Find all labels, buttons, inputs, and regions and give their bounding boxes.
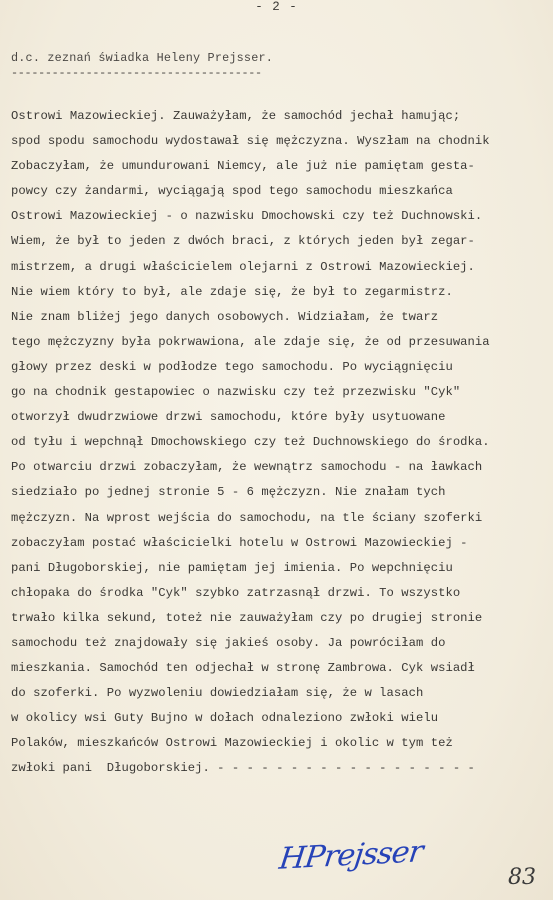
text-line: Wiem, że był to jeden z dwóch braci, z k… [11,229,551,254]
text-line: mieszkania. Samochód ten odjechał w stro… [11,656,551,681]
document-page: - 2 - d.c. zeznań świadka Heleny Prejsse… [0,0,553,900]
text-line: go na chodnik gestapowiec o nazwisku czy… [11,380,551,405]
document-heading: d.c. zeznań świadka Heleny Prejsser. [11,51,273,65]
testimony-body: Ostrowi Mazowieckiej. Zauważyłam, że sam… [11,104,551,782]
text-line: Zobaczyłam, że umundurowani Niemcy, ale … [11,154,551,179]
text-line: Polaków, mieszkańców Ostrowi Mazowieckie… [11,731,551,756]
text-line: trwało kilka sekund, toteż nie zauważyła… [11,606,551,631]
text-line: spod spodu samochodu wydostawał się mężc… [11,129,551,154]
text-line: głowy przez deski w podłodze tego samoch… [11,355,551,380]
handwritten-signature: HPrejsser [277,834,424,876]
text-line: siedziało po jednej stronie 5 - 6 mężczy… [11,480,551,505]
text-line: powcy czy żandarmi, wyciągają spod tego … [11,179,551,204]
text-line: samochodu też znajdowały się jakieś osob… [11,631,551,656]
text-line: zobaczyłam postać właścicielki hotelu w … [11,531,551,556]
page-number: - 2 - [0,0,553,14]
text-line: mężczyzn. Na wprost wejścia do samochodu… [11,506,551,531]
text-line: Ostrowi Mazowieckiej - o nazwisku Dmocho… [11,204,551,229]
text-line: tego mężczyzny była pokrwawiona, ale zda… [11,330,551,355]
text-line: pani Długoborskiej, nie pamiętam jej imi… [11,556,551,581]
heading-underline: ------------------------------------- [11,66,262,80]
text-line: otworzył dwudrzwiowe drzwi samochodu, kt… [11,405,551,430]
text-line: Nie wiem który to był, ale zdaje się, że… [11,280,551,305]
text-line: chłopaka do środka "Cyk" szybko zatrzasn… [11,581,551,606]
text-line: mistrzem, a drugi właścicielem olejarni … [11,255,551,280]
text-line: do szoferki. Po wyzwoleniu dowiedziałam … [11,681,551,706]
text-line: Nie znam bliżej jego danych osobowych. W… [11,305,551,330]
text-line: Po otwarciu drzwi zobaczyłam, że wewnątr… [11,455,551,480]
archive-page-number: 83 [508,865,536,890]
text-line: od tyłu i wepchnął Dmochowskiego czy też… [11,430,551,455]
text-line: zwłoki pani Długoborskiej. - - - - - - -… [11,756,551,781]
text-line: w okolicy wsi Guty Bujno w dołach odnale… [11,706,551,731]
text-line: Ostrowi Mazowieckiej. Zauważyłam, że sam… [11,104,551,129]
